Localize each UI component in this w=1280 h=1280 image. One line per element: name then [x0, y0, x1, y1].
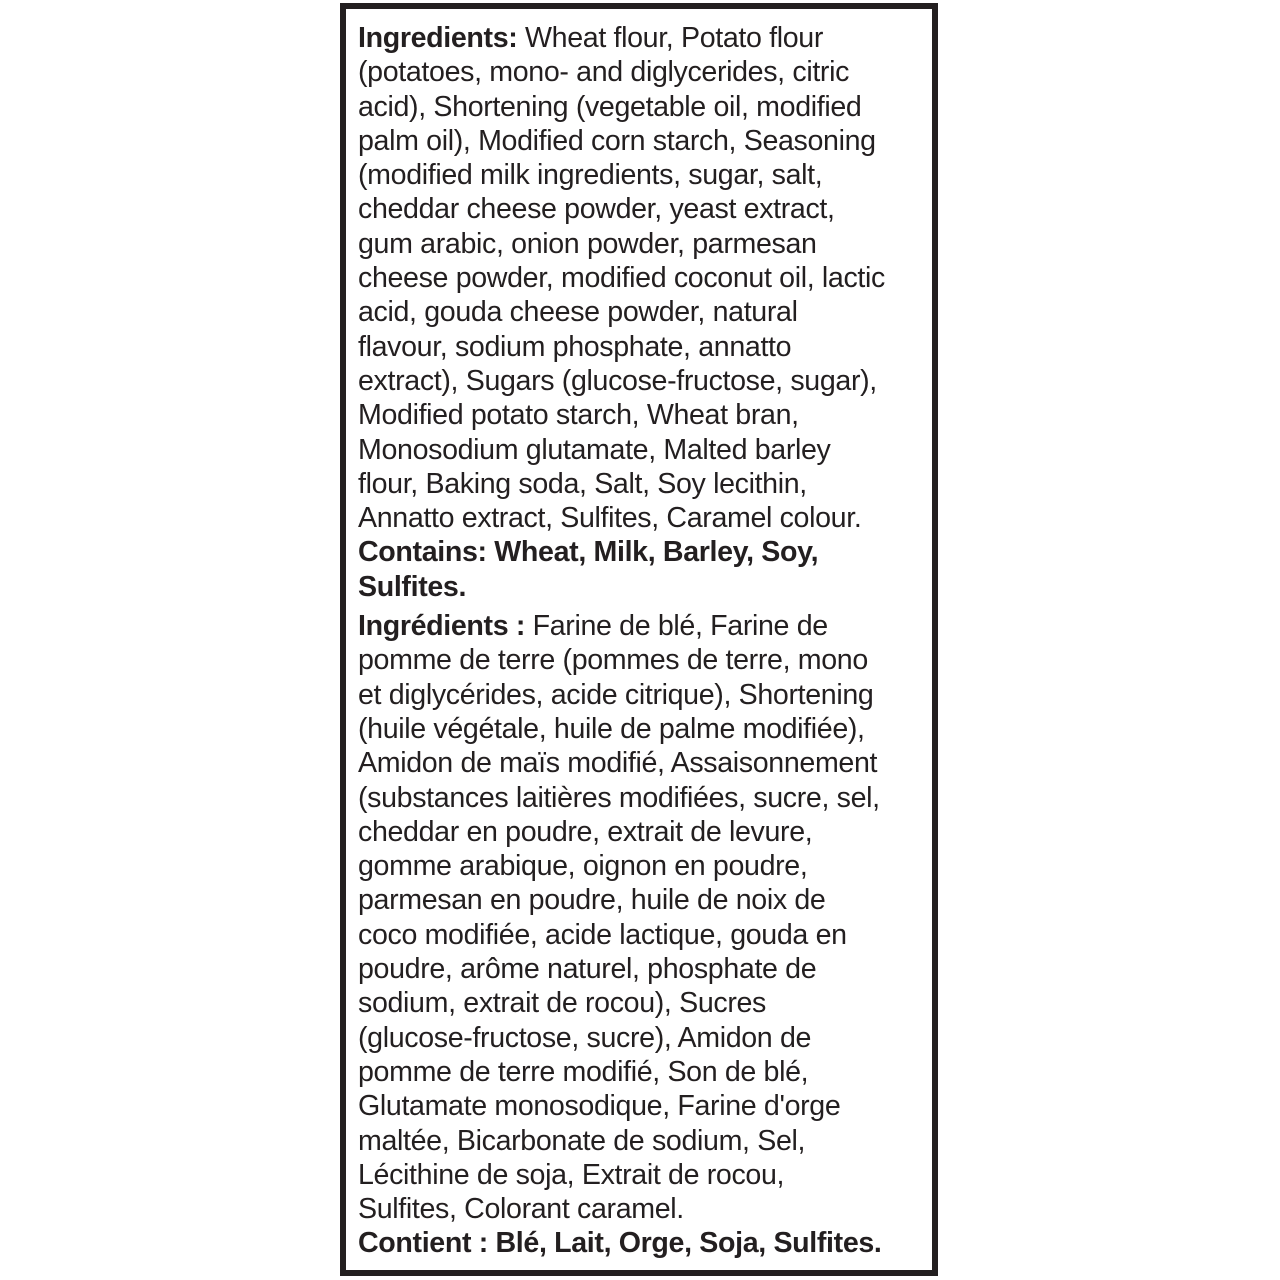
ingredient-text: cheese powder, modified coconut oil, lac… [358, 261, 928, 295]
ingredient-text: parmesan en poudre, huile de noix de [358, 883, 928, 917]
ingredient-text: Lécithine de soja, Extrait de rocou, [358, 1158, 928, 1192]
ingredient-text: Wheat flour, Potato flour [517, 22, 823, 54]
ingredient-text: maltée, Bicarbonate de sodium, Sel, [358, 1124, 928, 1158]
ingredient-text: Monosodium glutamate, Malted barley [358, 433, 928, 467]
ingredient-text: (modified milk ingredients, sugar, salt, [358, 158, 928, 192]
ingredient-text: Annatto extract, Sulfites, Caramel colou… [358, 501, 928, 535]
english-ingredients-heading: Ingredients: [358, 22, 517, 54]
french-allergen-statement: Contient : Blé, Lait, Orge, Soja, Sulfit… [358, 1226, 928, 1260]
ingredient-text: gum arabic, onion powder, parmesan [358, 227, 928, 261]
ingredient-text: Amidon de maïs modifié, Assaisonnement [358, 746, 928, 780]
french-ingredients-section: Ingrédients : Farine de blé, Farine de p… [358, 609, 928, 1261]
english-ingredients-line: Ingredients: Wheat flour, Potato flour [358, 21, 928, 55]
ingredient-text: acid, gouda cheese powder, natural [358, 295, 928, 329]
ingredient-text: cheddar en poudre, extrait de levure, [358, 815, 928, 849]
ingredient-text: cheddar cheese powder, yeast extract, [358, 192, 928, 226]
ingredient-text: Sulfites, Colorant caramel. [358, 1192, 928, 1226]
ingredient-text: Modified potato starch, Wheat bran, [358, 398, 928, 432]
ingredient-text: gomme arabique, oignon en poudre, [358, 849, 928, 883]
ingredient-text: (glucose-fructose, sucre), Amidon de [358, 1021, 928, 1055]
ingredient-text: extract), Sugars (glucose-fructose, suga… [358, 364, 928, 398]
ingredients-label-content: Ingredients: Wheat flour, Potato flour (… [358, 21, 928, 1261]
french-ingredients-line: Ingrédients : Farine de blé, Farine de [358, 609, 928, 643]
ingredient-text: (huile végétale, huile de palme modifiée… [358, 712, 928, 746]
ingredient-text: coco modifiée, acide lactique, gouda en [358, 918, 928, 952]
ingredient-text: (potatoes, mono- and diglycerides, citri… [358, 55, 928, 89]
english-allergen-statement: Contains: Wheat, Milk, Barley, Soy, [358, 535, 928, 569]
ingredient-text: (substances laitières modifiées, sucre, … [358, 781, 928, 815]
english-ingredients-section: Ingredients: Wheat flour, Potato flour (… [358, 21, 928, 604]
ingredient-text: pomme de terre (pommes de terre, mono [358, 643, 928, 677]
ingredient-text: et diglycérides, acide citrique), Shorte… [358, 678, 928, 712]
ingredients-label-panel: Ingredients: Wheat flour, Potato flour (… [340, 3, 938, 1276]
ingredient-text: poudre, arôme naturel, phosphate de [358, 952, 928, 986]
ingredient-text: Glutamate monosodique, Farine d'orge [358, 1089, 928, 1123]
ingredient-text: Farine de blé, Farine de [525, 610, 828, 642]
ingredient-text: flour, Baking soda, Salt, Soy lecithin, [358, 467, 928, 501]
ingredient-text: sodium, extrait de rocou), Sucres [358, 986, 928, 1020]
ingredient-text: palm oil), Modified corn starch, Seasoni… [358, 124, 928, 158]
ingredient-text: pomme de terre modifié, Son de blé, [358, 1055, 928, 1089]
english-allergen-statement: Sulfites. [358, 570, 928, 604]
ingredient-text: acid), Shortening (vegetable oil, modifi… [358, 90, 928, 124]
ingredient-text: flavour, sodium phosphate, annatto [358, 330, 928, 364]
french-ingredients-heading: Ingrédients : [358, 610, 525, 642]
